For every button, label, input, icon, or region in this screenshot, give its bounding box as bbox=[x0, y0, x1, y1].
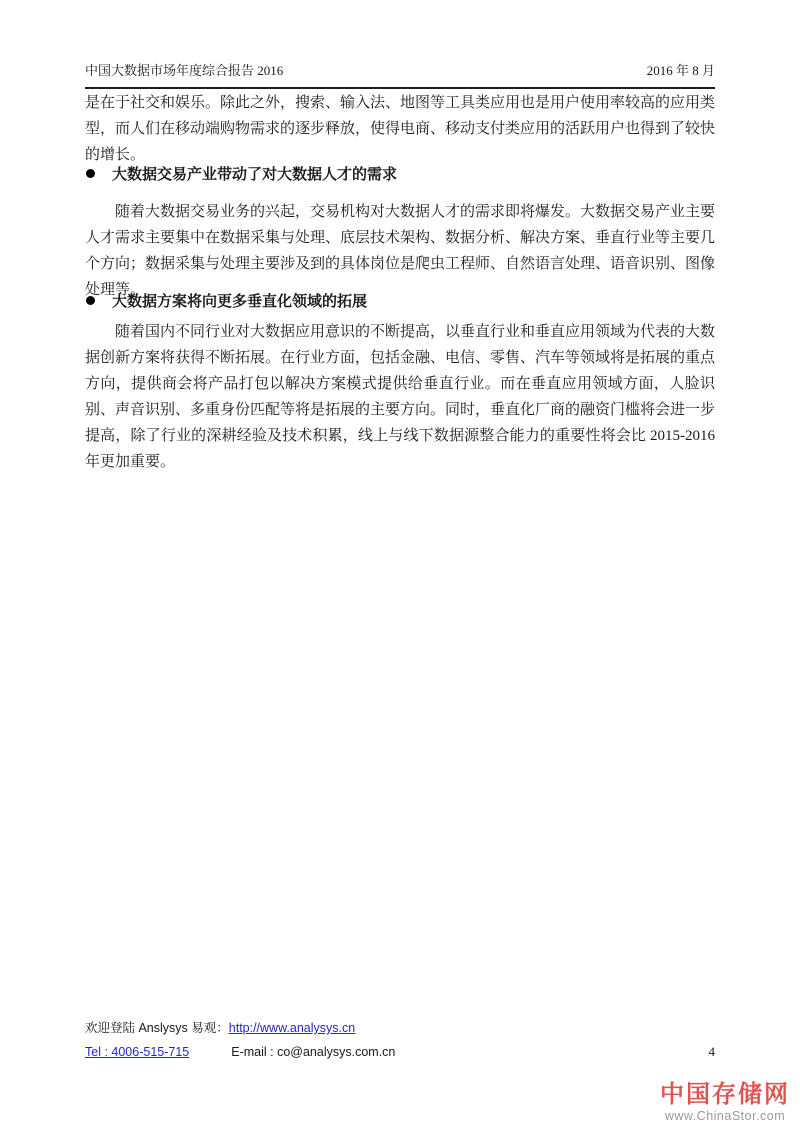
section-2-paragraph: 随着国内不同行业对大数据应用意识的不断提高，以垂直行业和垂直应用领域为代表的大数… bbox=[85, 319, 715, 475]
tel-link[interactable]: Tel : 4006-515-715 bbox=[85, 1043, 189, 1061]
section-1-heading: 大数据交易产业带动了对大数据人才的需求 bbox=[112, 163, 397, 184]
section-2-heading-row: 大数据方案将向更多垂直化领域的拓展 bbox=[86, 290, 716, 311]
page-header: 中国大数据市场年度综合报告 2016 2016 年 8 月 bbox=[85, 60, 715, 89]
watermark-subtitle: www.ChinaStor.com bbox=[660, 1110, 790, 1124]
bullet-icon bbox=[86, 296, 95, 305]
intro-paragraph: 是在于社交和娱乐。除此之外，搜索、输入法、地图等工具类应用也是用户使用率较高的应… bbox=[85, 90, 715, 168]
watermark-title: 中国存储网 bbox=[660, 1082, 790, 1108]
section-1-paragraph: 随着大数据交易业务的兴起，交易机构对大数据人才的需求即将爆发。大数据交易产业主要… bbox=[85, 199, 715, 303]
bullet-icon bbox=[86, 169, 95, 178]
watermark: 中国存储网 www.ChinaStor.com bbox=[660, 1082, 790, 1124]
section-1-heading-row: 大数据交易产业带动了对大数据人才的需求 bbox=[86, 163, 716, 184]
header-report-title: 中国大数据市场年度综合报告 2016 bbox=[85, 60, 283, 79]
section-2-heading: 大数据方案将向更多垂直化领域的拓展 bbox=[112, 290, 367, 311]
footer-contact-line: Tel : 4006-515-715 E-mail : co@analysys.… bbox=[85, 1043, 715, 1061]
page-number: 4 bbox=[709, 1043, 716, 1061]
footer-welcome-text: 欢迎登陆 Anslysys 易观： bbox=[85, 1019, 229, 1037]
document-page: 中国大数据市场年度综合报告 2016 2016 年 8 月 是在于社交和娱乐。除… bbox=[0, 0, 800, 1131]
header-date: 2016 年 8 月 bbox=[647, 60, 715, 79]
email-text: E-mail : co@analysys.com.cn bbox=[231, 1043, 395, 1061]
website-link[interactable]: http://www.analysys.cn bbox=[229, 1019, 355, 1037]
footer-welcome-line: 欢迎登陆 Anslysys 易观： http://www.analysys.cn bbox=[85, 1019, 715, 1037]
